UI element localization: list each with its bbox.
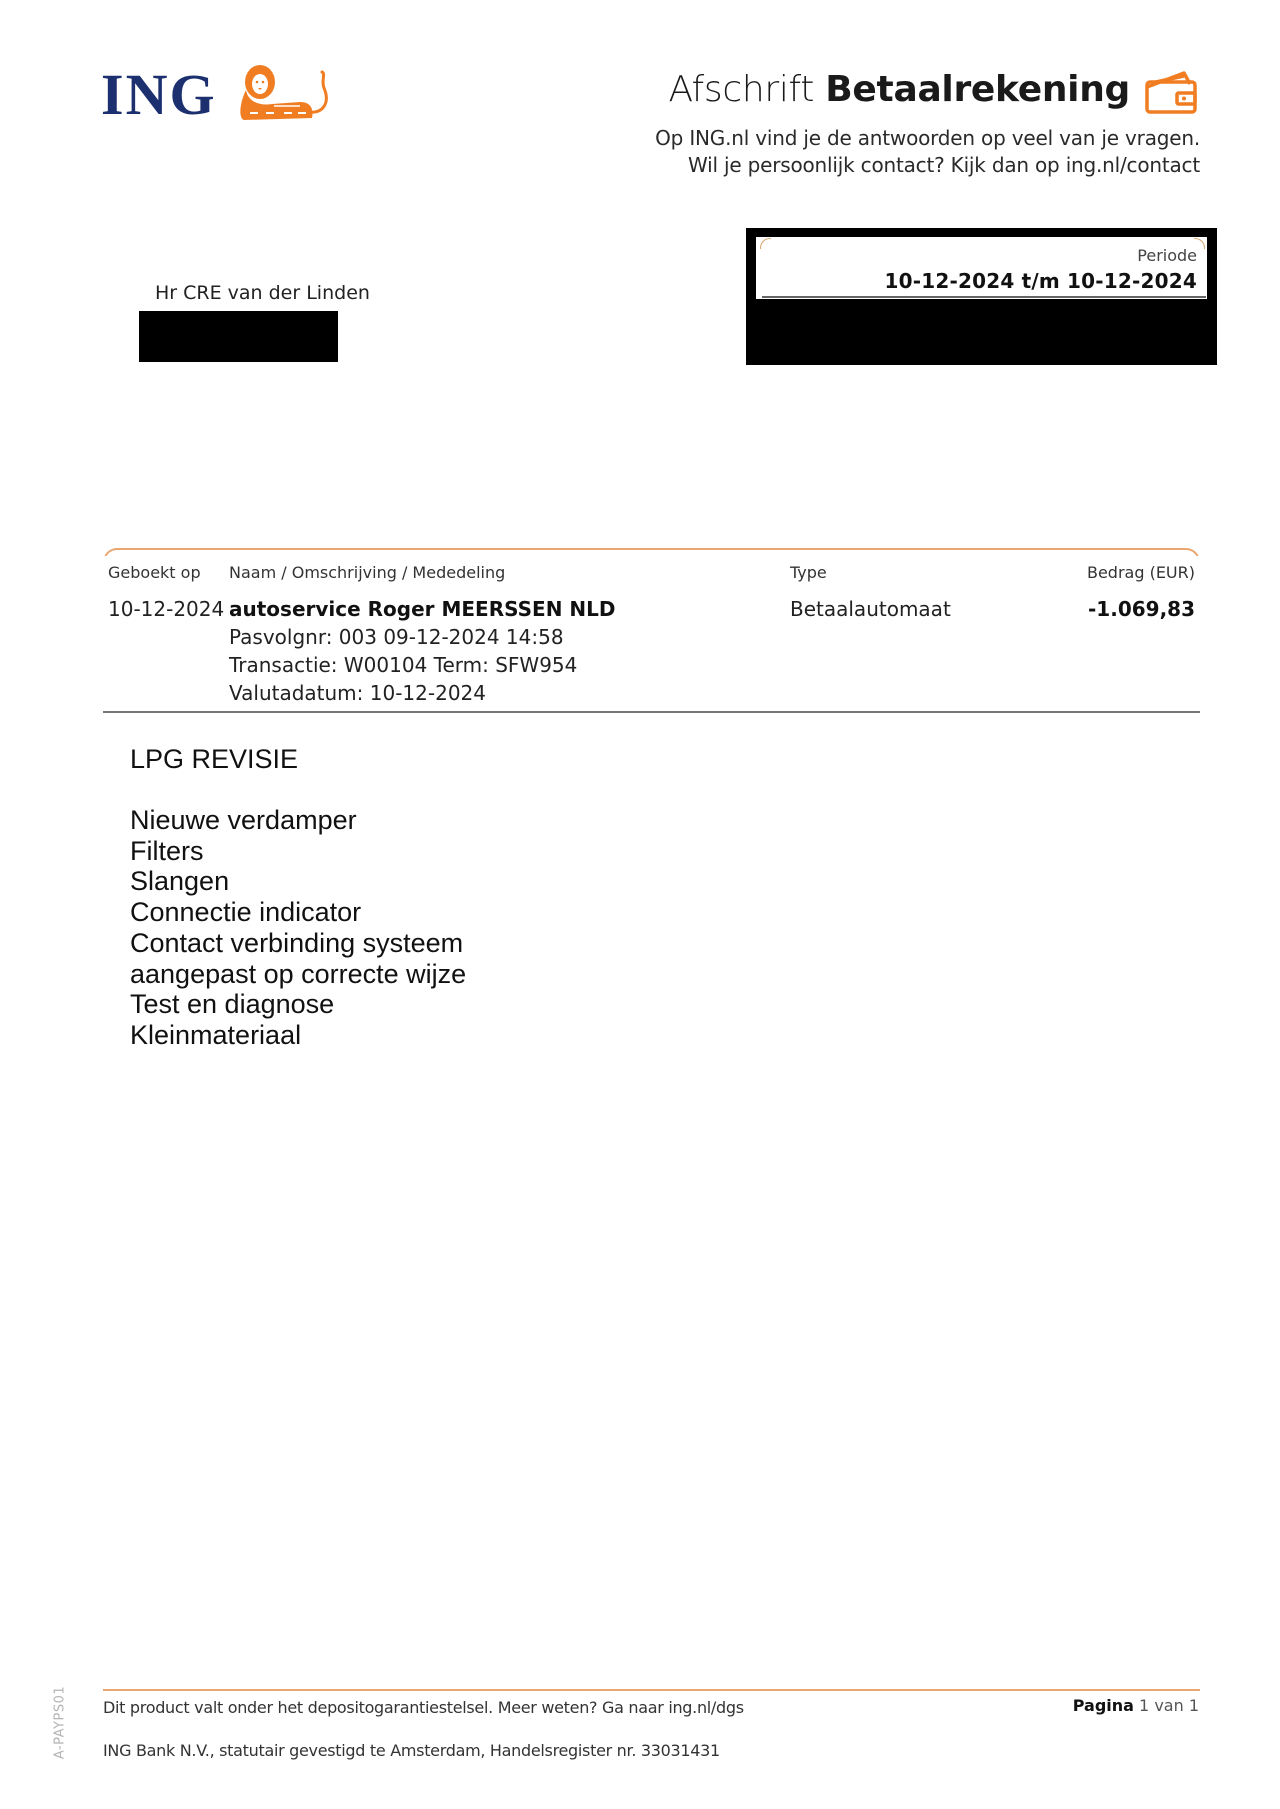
- column-header-amount: Bedrag (EUR): [1087, 563, 1195, 582]
- transaction-type: Betaalautomaat: [790, 595, 951, 623]
- period-divider: [762, 296, 1206, 298]
- transaction-description: autoservice Roger MEERSSEN NLD Pasvolgnr…: [229, 595, 615, 707]
- help-text: Op ING.nl vind je de antwoorden op veel …: [655, 126, 1200, 150]
- note-item: Filters: [130, 836, 466, 867]
- deposit-guarantee-notice: Dit product valt onder het depositogaran…: [103, 1698, 744, 1717]
- lion-icon: [238, 62, 332, 124]
- note-item: Test en diagnose: [130, 989, 466, 1020]
- note-item: Connectie indicator: [130, 897, 466, 928]
- period-value: 10-12-2024 t/m 10-12-2024: [885, 269, 1198, 293]
- redacted-address: [139, 311, 338, 362]
- title-bold: Betaalrekening: [825, 69, 1130, 110]
- note-item: Contact verbinding systeem: [130, 928, 466, 959]
- wallet-icon: [1144, 70, 1198, 114]
- legal-notice: ING Bank N.V., statutair gevestigd te Am…: [103, 1741, 720, 1760]
- note-item: Nieuwe verdamper: [130, 805, 466, 836]
- note-title: LPG REVISIE: [130, 741, 466, 777]
- table-bottom-border: [103, 711, 1200, 713]
- column-header-date: Geboekt op: [108, 563, 201, 582]
- column-header-description: Naam / Omschrijving / Mededeling: [229, 563, 505, 582]
- page-value: 1 van 1: [1139, 1696, 1199, 1715]
- page-number: Pagina 1 van 1: [1073, 1696, 1199, 1715]
- recipient-name: Hr CRE van der Linden: [155, 282, 370, 304]
- page-label: Pagina: [1073, 1696, 1134, 1715]
- statement-title: Afschrift Betaalrekening: [668, 70, 1130, 110]
- ing-logo-text: ING: [101, 66, 217, 124]
- transaction-date: 10-12-2024: [108, 595, 224, 623]
- note-item: Slangen: [130, 866, 466, 897]
- card-sequence: Pasvolgnr: 003 09-12-2024 14:58: [229, 623, 615, 651]
- invoice-note: LPG REVISIE Nieuwe verdamper Filters Sla…: [130, 741, 466, 1051]
- note-item: Kleinmateriaal: [130, 1020, 466, 1051]
- value-date: Valutadatum: 10-12-2024: [229, 679, 615, 707]
- form-code: A-PAYPS01: [53, 1683, 68, 1763]
- period-label: Periode: [1137, 246, 1197, 265]
- contact-text: Wil je persoonlijk contact? Kijk dan op …: [688, 153, 1200, 177]
- column-header-type: Type: [790, 563, 827, 582]
- counterparty-name: autoservice Roger MEERSSEN NLD: [229, 595, 615, 623]
- footer-divider: [103, 1689, 1200, 1691]
- transaction-id: Transactie: W00104 Term: SFW954: [229, 651, 615, 679]
- transaction-amount: -1.069,83: [1088, 595, 1195, 623]
- note-item: aangepast op correcte wijze: [130, 959, 466, 990]
- title-light: Afschrift: [668, 69, 814, 110]
